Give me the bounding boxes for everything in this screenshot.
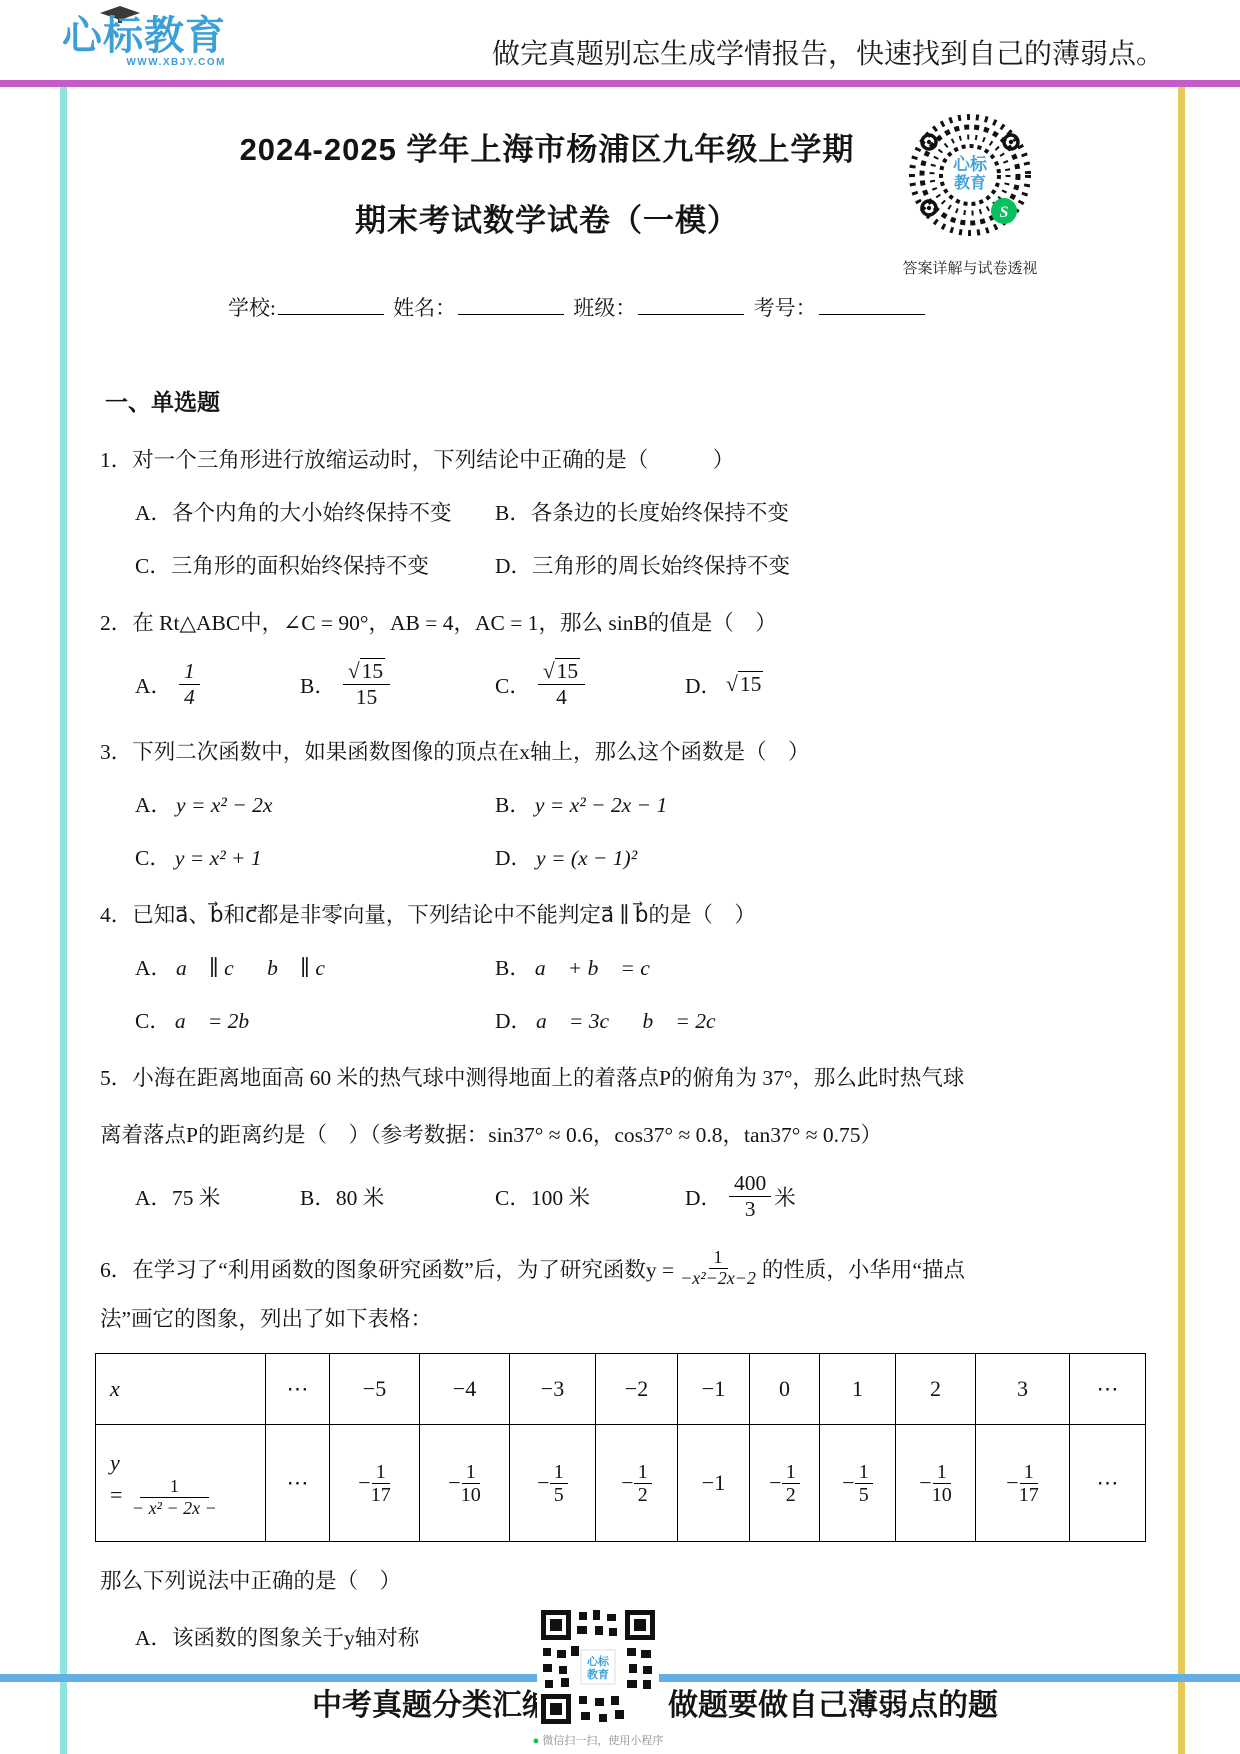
exam-paper-page: 心标教育 WWW.XBJY.COM 做完真题别忘生成学情报告，快速找到自己的薄弱… <box>0 0 1240 1754</box>
q3-options-cd: C．y = x² + 1 D．y = (x − 1)² <box>135 841 1144 872</box>
svg-text:教育: 教育 <box>586 1667 609 1681</box>
wechat-dot-icon: ● <box>533 1735 540 1747</box>
q4-stem: 4．已知a⃗、b⃗和c⃗都是非零向量，下列结论中不能判定a⃗ ∥ b⃗的是（ ） <box>100 898 1144 929</box>
q6-table-row-x: x ⋯ −5 −4 −3 −2 −1 0 1 2 3 ⋯ <box>96 1354 1146 1425</box>
brand-logo: 心标教育 WWW.XBJY.COM <box>62 16 226 68</box>
table-cell: −117 <box>330 1425 420 1542</box>
class-label: 班级： <box>573 296 636 320</box>
svg-text:S: S <box>1000 204 1009 221</box>
q4-option-d: D．a⃗ = 3c⃗，b⃗ = 2c⃗ <box>495 1004 732 1035</box>
header-tagline: 做完真题别忘生成学情报告，快速找到自己的薄弱点。 <box>492 32 1164 72</box>
footer-right-text: 做题要做自己薄弱点的题 <box>668 1680 998 1724</box>
q6-function-fraction: 1−x²−2x−2 <box>677 1248 759 1289</box>
q5-stem-line1: 5．小海在距离地面高 60 米的热气球中测得地面上的着落点P的俯角为 37°，那… <box>100 1061 1144 1092</box>
section-heading: 一、单选题 <box>105 384 1144 417</box>
table-cell: −117 <box>976 1425 1070 1542</box>
page-border-right <box>1178 87 1185 1754</box>
magenta-divider <box>0 80 1240 87</box>
q5-option-c: C．100 米 <box>495 1181 685 1212</box>
table-cell: −110 <box>420 1425 510 1542</box>
q2-option-b: B． √15 15 <box>300 659 495 709</box>
q6-y-label: y = 1− x² − 2x − <box>96 1425 266 1542</box>
q3-option-c: C．y = x² + 1 <box>135 841 495 872</box>
table-cell: ⋯ <box>1070 1425 1146 1542</box>
answer-qr-caption: 答案详解与试卷透视 <box>900 257 1040 278</box>
q3-stem: 3．下列二次函数中，如果函数图像的顶点在x轴上，那么这个函数是（ ） <box>100 735 1144 766</box>
q4-option-b: B．a⃗ + b⃗ = c⃗ <box>495 951 667 982</box>
table-cell: 0 <box>750 1354 820 1425</box>
page-border-left <box>60 87 67 1754</box>
table-cell: 2 <box>896 1354 976 1425</box>
school-blank <box>278 293 384 315</box>
q6-after-table: 那么下列说法中正确的是（ ） <box>100 1564 1144 1595</box>
table-cell: ⋯ <box>266 1425 330 1542</box>
q4-options-cd: C．a⃗ = 2b⃗ D．a⃗ = 3c⃗，b⃗ = 2c⃗ <box>135 1004 1144 1035</box>
q1-option-a: A．各个内角的大小始终保持不变 <box>135 496 495 527</box>
table-cell: −110 <box>896 1425 976 1542</box>
table-cell: ⋯ <box>266 1354 330 1425</box>
q5-option-d: D． 4003 米 <box>685 1171 796 1221</box>
q3-options-ab: A．y = x² − 2x B．y = x² − 2x − 1 <box>135 788 1144 819</box>
q4-options-ab: A．a⃗ ∥ c⃗，b⃗ ∥ c⃗ B．a⃗ + b⃗ = c⃗ <box>135 951 1144 982</box>
q5-stem-line2: 离着落点P的距离约是（ ）（参考数据：sin37° ≈ 0.6，cos37° ≈… <box>100 1118 1144 1149</box>
answer-qr-block: 心标 教育 S 答案详解与试卷透视 <box>900 108 1040 278</box>
q2-option-d: D． √15 <box>685 669 763 700</box>
table-cell: 1 <box>820 1354 896 1425</box>
footer-qr-code: 心标 教育 <box>537 1606 659 1728</box>
q6-stem-line1: 6．在学习了“利用函数的图象研究函数”后，为了研究函数y = 1−x²−2x−2… <box>100 1248 1144 1289</box>
q1-option-d: D．三角形的周长始终保持不变 <box>495 549 790 580</box>
table-cell: −12 <box>596 1425 678 1542</box>
q5-option-b: B．80 米 <box>300 1181 495 1212</box>
q1-stem: 1．对一个三角形进行放缩运动时，下列结论中正确的是（ ） <box>100 443 1144 474</box>
footer-left-text: 中考真题分类汇编 <box>312 1680 552 1724</box>
svg-text:心标: 心标 <box>587 1654 610 1668</box>
footer-qr-block: 心标 教育 <box>537 1606 659 1728</box>
brand-logo-text: 心标教育 <box>62 14 226 58</box>
table-cell: −12 <box>750 1425 820 1542</box>
q6-stem-line2: 法”画它的图象，列出了如下表格： <box>100 1302 1144 1333</box>
q1-option-b: B．各条边的长度始终保持不变 <box>495 496 789 527</box>
table-cell: −15 <box>510 1425 596 1542</box>
q5-option-a: A．75 米 <box>135 1181 300 1212</box>
student-info-row: 学校: 姓名： 班级： 考号： <box>228 292 1144 322</box>
q5-options: A．75 米 B．80 米 C．100 米 D． 4003 米 <box>135 1171 1144 1221</box>
question-list: 1．对一个三角形进行放缩运动时，下列结论中正确的是（ ） A．各个内角的大小始终… <box>100 443 1144 1652</box>
table-cell: −1 <box>678 1425 750 1542</box>
q4-option-c: C．a⃗ = 2b⃗ <box>135 1004 495 1035</box>
school-label: 学校: <box>228 296 276 320</box>
svg-text:心标: 心标 <box>953 154 988 174</box>
table-cell: −4 <box>420 1354 510 1425</box>
q2-option-a: A． 14 <box>135 659 300 709</box>
q6-value-table: x ⋯ −5 −4 −3 −2 −1 0 1 2 3 ⋯ y = <box>95 1353 1146 1542</box>
class-blank <box>638 293 744 315</box>
table-cell: −5 <box>330 1354 420 1425</box>
q6-table-row-y: y = 1− x² − 2x − ⋯ −117 −110 −15 −12 −1 … <box>96 1425 1146 1542</box>
table-cell: −15 <box>820 1425 896 1542</box>
name-blank <box>458 293 564 315</box>
q3-option-d: D．y = (x − 1)² <box>495 841 637 872</box>
examno-blank <box>819 293 925 315</box>
q3-option-b: B．y = x² − 2x − 1 <box>495 788 667 819</box>
table-cell: −1 <box>678 1354 750 1425</box>
q2-options: A． 14 B． √15 15 C． √15 4 <box>135 659 1144 709</box>
paper-body: 2024-2025 学年上海市杨浦区九年级上学期 期末考试数学试卷（一模） 心标… <box>100 100 1144 1652</box>
svg-text:教育: 教育 <box>954 173 986 192</box>
table-cell: 3 <box>976 1354 1070 1425</box>
q1-options-cd: C．三角形的面积始终保持不变 D．三角形的周长始终保持不变 <box>135 549 1144 580</box>
brand-logo-site: WWW.XBJY.COM <box>62 58 226 68</box>
q1-option-c: C．三角形的面积始终保持不变 <box>135 549 495 580</box>
footer-qr-caption: ● 微信扫一扫，使用小程序 <box>512 1732 684 1748</box>
examno-label: 考号： <box>754 296 817 320</box>
table-cell: −2 <box>596 1354 678 1425</box>
table-cell: −3 <box>510 1354 596 1425</box>
q4-option-a: A．a⃗ ∥ c⃗，b⃗ ∥ c⃗ <box>135 951 495 982</box>
answer-qr-code: 心标 教育 S <box>903 108 1037 242</box>
q2-stem: 2．在 Rt△ABC中，∠C = 90°，AB = 4，AC = 1，那么 si… <box>100 606 1144 637</box>
q1-options-ab: A．各个内角的大小始终保持不变 B．各条边的长度始终保持不变 <box>135 496 1144 527</box>
q2-option-c: C． √15 4 <box>495 659 685 709</box>
name-label: 姓名： <box>393 296 456 320</box>
table-cell: ⋯ <box>1070 1354 1146 1425</box>
q3-option-a: A．y = x² − 2x <box>135 788 495 819</box>
q6-x-label: x <box>96 1354 266 1425</box>
